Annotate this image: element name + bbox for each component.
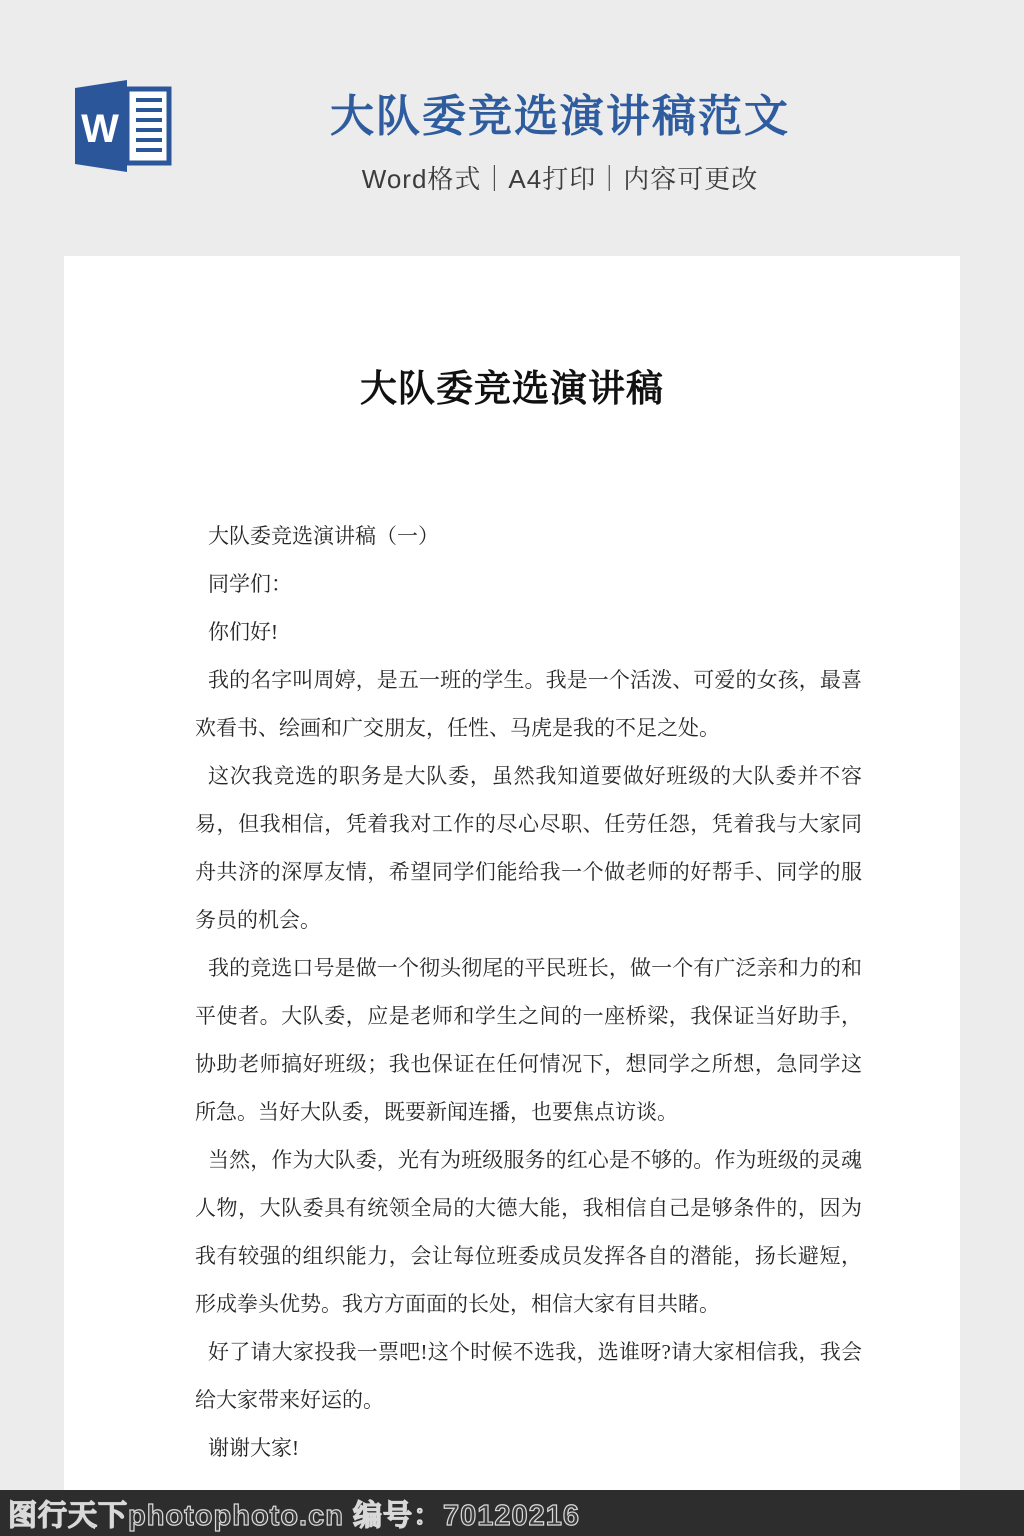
- watermark-bar: 图行天下photophoto.cn 编号：70120216: [0, 1490, 1024, 1536]
- paragraph: 谢谢大家!: [195, 1424, 862, 1472]
- paragraph: 我的名字叫周婷，是五一班的学生。我是一个活泼、可爱的女孩，最喜欢看书、绘画和广交…: [195, 656, 862, 752]
- document-page: 大队委竞选演讲稿 大队委竞选演讲稿（一）同学们：你们好!我的名字叫周婷，是五一班…: [64, 256, 960, 1522]
- document-body: 大队委竞选演讲稿（一）同学们：你们好!我的名字叫周婷，是五一班的学生。我是一个活…: [64, 512, 960, 1472]
- template-subtitle: Word格式｜A4打印｜内容可更改: [320, 159, 800, 196]
- paragraph: 这次我竞选的职务是大队委，虽然我知道要做好班级的大队委并不容易，但我相信，凭着我…: [195, 752, 862, 944]
- header-text-block: 大队委竞选演讲稿范文 Word格式｜A4打印｜内容可更改: [320, 92, 800, 196]
- word-file-icon: W: [64, 78, 174, 174]
- paragraph: 同学们：: [195, 560, 862, 608]
- watermark-text: 图行天下photophoto.cn 编号：70120216: [0, 1493, 580, 1534]
- paragraph: 好了请大家投我一票吧!这个时候不选我，选谁呀?请大家相信我，我会给大家带来好运的…: [195, 1328, 862, 1424]
- paragraph: 我的竞选口号是做一个彻头彻尾的平民班长，做一个有广泛亲和力的和平使者。大队委，应…: [195, 944, 862, 1136]
- template-preview-canvas: W 大队委竞选演讲稿范文 Word格式｜A4打印｜内容可更改 大队委竞选演讲稿 …: [0, 0, 1024, 1536]
- word-icon-letter: W: [81, 107, 119, 151]
- paragraph: 你们好!: [195, 608, 862, 656]
- template-title: 大队委竞选演讲稿范文: [320, 92, 800, 143]
- paragraph: 当然，作为大队委，光有为班级服务的红心是不够的。作为班级的灵魂人物，大队委具有统…: [195, 1136, 862, 1328]
- paragraph: 大队委竞选演讲稿（一）: [195, 512, 862, 560]
- header: W 大队委竞选演讲稿范文 Word格式｜A4打印｜内容可更改: [0, 0, 1024, 256]
- document-title: 大队委竞选演讲稿: [64, 256, 960, 412]
